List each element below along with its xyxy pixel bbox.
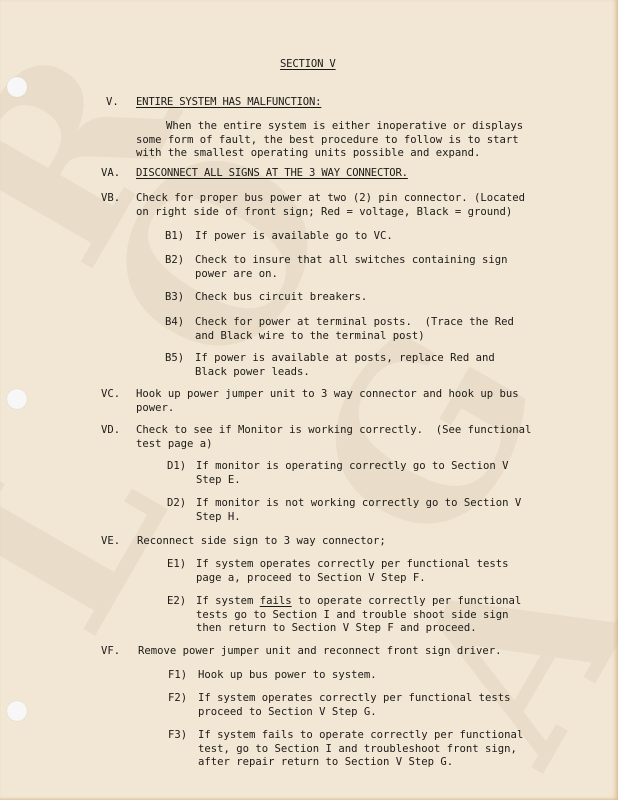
item-text: Hook up power jumper unit to 3 way conne… <box>136 388 519 415</box>
sub-label: B1) <box>165 230 184 244</box>
section-title: SECTION V <box>280 58 336 72</box>
item-heading: ENTIRE SYSTEM HAS MALFUNCTION: <box>136 96 321 110</box>
sub-label: D1) <box>167 460 186 474</box>
sub-label: F3) <box>168 729 187 743</box>
emphasis-fails: fails <box>260 595 292 607</box>
sub-text: If system operates correctly per functio… <box>198 692 511 719</box>
sub-text: Check for power at terminal posts. (Trac… <box>195 316 514 343</box>
sub-text: Check to insure that all switches contai… <box>195 254 508 281</box>
sub-label: F1) <box>168 669 187 683</box>
item-body: When the entire system is either inopera… <box>136 120 523 161</box>
item-label: VC. <box>101 388 120 402</box>
sub-text: Check bus circuit breakers. <box>195 291 367 305</box>
sub-label: B2) <box>165 254 184 268</box>
sub-label: F2) <box>168 692 187 706</box>
sub-label: E2) <box>167 595 186 609</box>
sub-text: If monitor is operating correctly go to … <box>196 460 509 487</box>
sub-text: If system operates correctly per functio… <box>196 558 509 585</box>
item-label: VE. <box>101 535 120 549</box>
item-heading: DISCONNECT ALL SIGNS AT THE 3 WAY CONNEC… <box>136 167 408 181</box>
sub-text: If monitor is not working correctly go t… <box>196 497 521 524</box>
sub-text: If system fails to operate correctly per… <box>196 595 521 636</box>
item-text: Check for proper bus power at two (2) pi… <box>136 192 525 219</box>
item-text: Reconnect side sign to 3 way connector; <box>137 535 386 549</box>
item-text: Check to see if Monitor is working corre… <box>136 424 531 451</box>
sub-label: E1) <box>167 558 186 572</box>
document-page: R O L G A SECTION V V. ENTIRE SYSTEM HAS… <box>0 0 618 800</box>
sub-text: If power is available go to VC. <box>195 230 393 244</box>
item-text: Remove power jumper unit and reconnect f… <box>138 645 502 659</box>
item-label: VB. <box>101 192 120 206</box>
item-label: VA. <box>101 167 120 181</box>
sub-label: B3) <box>165 291 184 305</box>
sub-label: D2) <box>167 497 186 511</box>
punch-hole <box>7 701 27 721</box>
item-label: V. <box>106 96 119 110</box>
item-label: VD. <box>101 424 120 438</box>
sub-text: If power is available at posts, replace … <box>195 352 495 379</box>
punch-hole <box>7 389 27 409</box>
sub-text: If system fails to operate correctly per… <box>198 729 523 770</box>
item-label: VF. <box>101 645 120 659</box>
punch-hole <box>7 77 27 97</box>
sub-label: B4) <box>165 316 184 330</box>
sub-label: B5) <box>165 352 184 366</box>
sub-text: Hook up bus power to system. <box>198 669 377 683</box>
